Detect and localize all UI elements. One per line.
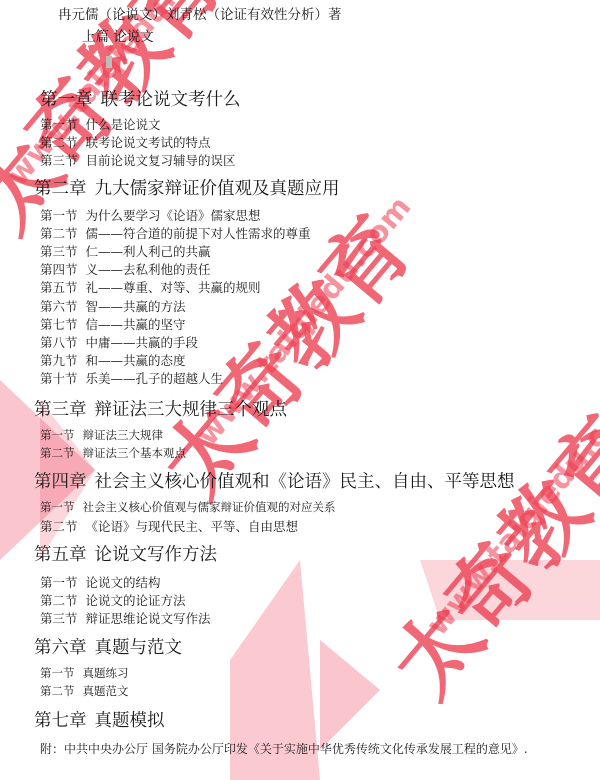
chapter-title: 论说文写作方法 [95, 545, 218, 565]
section-number: 第六节 [40, 299, 78, 314]
section-2-8: 第八节中庸——共赢的手段 [40, 333, 198, 351]
section-title: 信——共赢的坚守 [86, 317, 186, 332]
section-number: 第三节 [40, 153, 78, 168]
chapter-2-heading: 第二章九大儒家辩证价值观及真题应用 [34, 175, 340, 200]
section-title: 中庸——共赢的手段 [86, 335, 199, 350]
chapter-number: 第一章 [40, 90, 93, 110]
authors-line: 冉元儒（论说文）刘青松（论证有效性分析）著 [58, 3, 342, 23]
section-2-1: 第一节为什么要学习《论语》儒家思想 [40, 206, 261, 224]
section-4-1: 第一节社会主义核心价值观与儒家辩证价值观的对应关系 [40, 499, 336, 515]
section-number: 第一节 [40, 208, 78, 223]
chapter-title: 九大儒家辩证价值观及真题应用 [95, 179, 340, 199]
section-2-9: 第九节和——共赢的态度 [40, 351, 186, 369]
section-1-2: 第二节联考论说文考试的特点 [40, 133, 211, 151]
section-title: 和——共赢的态度 [86, 353, 186, 368]
section-title: 智——共赢的方法 [86, 299, 186, 314]
section-number: 第十节 [40, 371, 78, 386]
section-number: 第一节 [40, 666, 75, 680]
section-title: 论说文的论证方法 [86, 593, 186, 608]
chapter-number: 第三章 [34, 400, 87, 420]
section-title: 仁——利人利己的共赢 [86, 244, 211, 259]
chapter-title: 辩证法三大规律三个观点 [95, 400, 288, 420]
section-number: 第二节 [40, 684, 75, 698]
chapter-7-heading: 第七章真题模拟 [34, 707, 165, 732]
section-2-6: 第六节智——共赢的方法 [40, 297, 186, 315]
section-title: 儒——符合道的前提下对人性需求的尊重 [86, 226, 311, 241]
chapter-1-heading: 第一章联考论说文考什么 [40, 86, 241, 111]
section-6-1: 第一节真题练习 [40, 665, 129, 681]
section-title: 乐美——孔子的超越人生 [86, 371, 224, 386]
section-title: 为什么要学习《论语》儒家思想 [86, 208, 261, 223]
chapter-3-heading: 第三章辩证法三大规律三个观点 [34, 396, 287, 421]
text-cursor [106, 56, 112, 68]
section-title: 义——去私利他的责任 [86, 262, 211, 277]
section-5-3: 第三节辩证思维论说文写作法 [40, 609, 211, 627]
section-title: 辩证法三大规律 [83, 428, 164, 442]
section-3-1: 第一节辩证法三大规律 [40, 427, 163, 443]
appendix-note: 附：中共中央办公厅 国务院办公厅印发《关于实施中华优秀传统文化传承发展工程的意见… [40, 740, 528, 757]
section-title: 目前论说文复习辅导的误区 [86, 153, 236, 168]
chapter-4-heading: 第四章社会主义核心价值观和《论语》民主、自由、平等思想 [34, 468, 515, 493]
section-number: 第九节 [40, 353, 78, 368]
section-1-3: 第三节目前论说文复习辅导的误区 [40, 151, 236, 169]
section-number: 第一节 [40, 500, 75, 514]
chapter-5-heading: 第五章论说文写作方法 [34, 541, 217, 566]
chapter-number: 第二章 [34, 179, 87, 199]
chapter-number: 第六章 [34, 638, 87, 658]
section-5-2: 第二节论说文的论证方法 [40, 591, 186, 609]
chapter-title: 真题模拟 [95, 711, 165, 731]
section-2-5: 第五节礼——尊重、对等、共赢的规则 [40, 278, 261, 296]
section-title: 联考论说文考试的特点 [86, 135, 211, 150]
chapter-number: 第七章 [34, 711, 87, 731]
section-title: 什么是论说文 [86, 117, 161, 132]
section-number: 第一节 [40, 575, 78, 590]
section-number: 第二节 [40, 135, 78, 150]
chapter-title: 社会主义核心价值观和《论语》民主、自由、平等思想 [95, 472, 515, 492]
section-5-1: 第一节论说文的结构 [40, 573, 161, 591]
section-1-1: 第一节什么是论说文 [40, 115, 161, 133]
chapter-title: 真题与范文 [95, 638, 183, 658]
section-title: 辩证思维论说文写作法 [86, 611, 211, 626]
section-number: 第五节 [40, 280, 78, 295]
part-title: 上篇 论说文 [82, 25, 154, 45]
section-2-2: 第二节儒——符合道的前提下对人性需求的尊重 [40, 224, 311, 242]
section-number: 第八节 [40, 335, 78, 350]
section-3-2: 第二节辩证法三个基本观点 [40, 445, 186, 461]
section-number: 第一节 [40, 428, 75, 442]
section-title: 真题练习 [83, 666, 129, 680]
chapter-title: 联考论说文考什么 [101, 90, 241, 110]
section-title: 《论语》与现代民主、平等、自由思想 [86, 519, 299, 534]
section-title: 辩证法三个基本观点 [83, 446, 187, 460]
section-number: 第七节 [40, 317, 78, 332]
section-title: 社会主义核心价值观与儒家辩证价值观的对应关系 [83, 500, 336, 514]
document-page: 冉元儒（论说文）刘青松（论证有效性分析）著 上篇 论说文 第一章联考论说文考什么… [0, 0, 600, 780]
section-number: 第二节 [40, 593, 78, 608]
section-2-7: 第七节信——共赢的坚守 [40, 315, 186, 333]
section-number: 第一节 [40, 117, 78, 132]
section-title: 论说文的结构 [86, 575, 161, 590]
section-number: 第二节 [40, 519, 78, 534]
section-2-10: 第十节乐美——孔子的超越人生 [40, 369, 223, 387]
section-title: 礼——尊重、对等、共赢的规则 [86, 280, 261, 295]
section-6-2: 第二节真题范文 [40, 683, 129, 699]
chapter-6-heading: 第六章真题与范文 [34, 634, 182, 659]
section-number: 第二节 [40, 446, 75, 460]
section-2-4: 第四节义——去私利他的责任 [40, 260, 211, 278]
chapter-number: 第五章 [34, 545, 87, 565]
section-title: 真题范文 [83, 684, 129, 698]
section-2-3: 第三节仁——利人利己的共赢 [40, 242, 211, 260]
chapter-number: 第四章 [34, 472, 87, 492]
section-number: 第三节 [40, 244, 78, 259]
section-number: 第四节 [40, 262, 78, 277]
section-number: 第二节 [40, 226, 78, 241]
section-4-2: 第二节《论语》与现代民主、平等、自由思想 [40, 517, 298, 535]
section-number: 第三节 [40, 611, 78, 626]
